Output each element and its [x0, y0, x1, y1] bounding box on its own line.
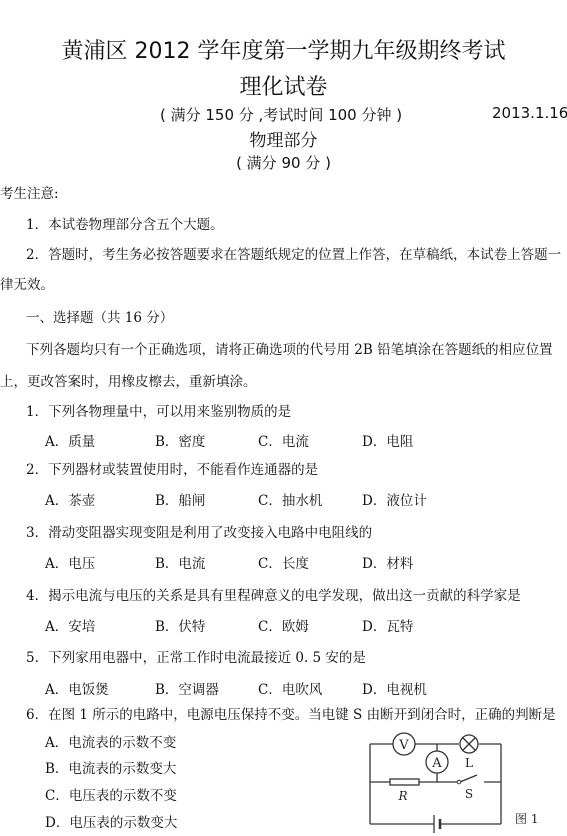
ammeter-icon: A [426, 751, 448, 773]
circuit-diagram: V A L R S 图 1 [0, 0, 567, 836]
voltmeter-icon: V [393, 733, 415, 755]
figure-caption: 图 1 [515, 812, 538, 826]
ammeter-label: A [431, 756, 442, 771]
lamp-icon: L [460, 735, 478, 770]
switch-label: S [465, 787, 473, 801]
lamp-label: L [465, 756, 473, 770]
switch-icon: S [457, 780, 473, 801]
resistor-icon: R [390, 779, 419, 803]
resistor-label: R [397, 789, 407, 803]
voltmeter-label: V [398, 738, 409, 753]
battery-icon [434, 815, 440, 833]
